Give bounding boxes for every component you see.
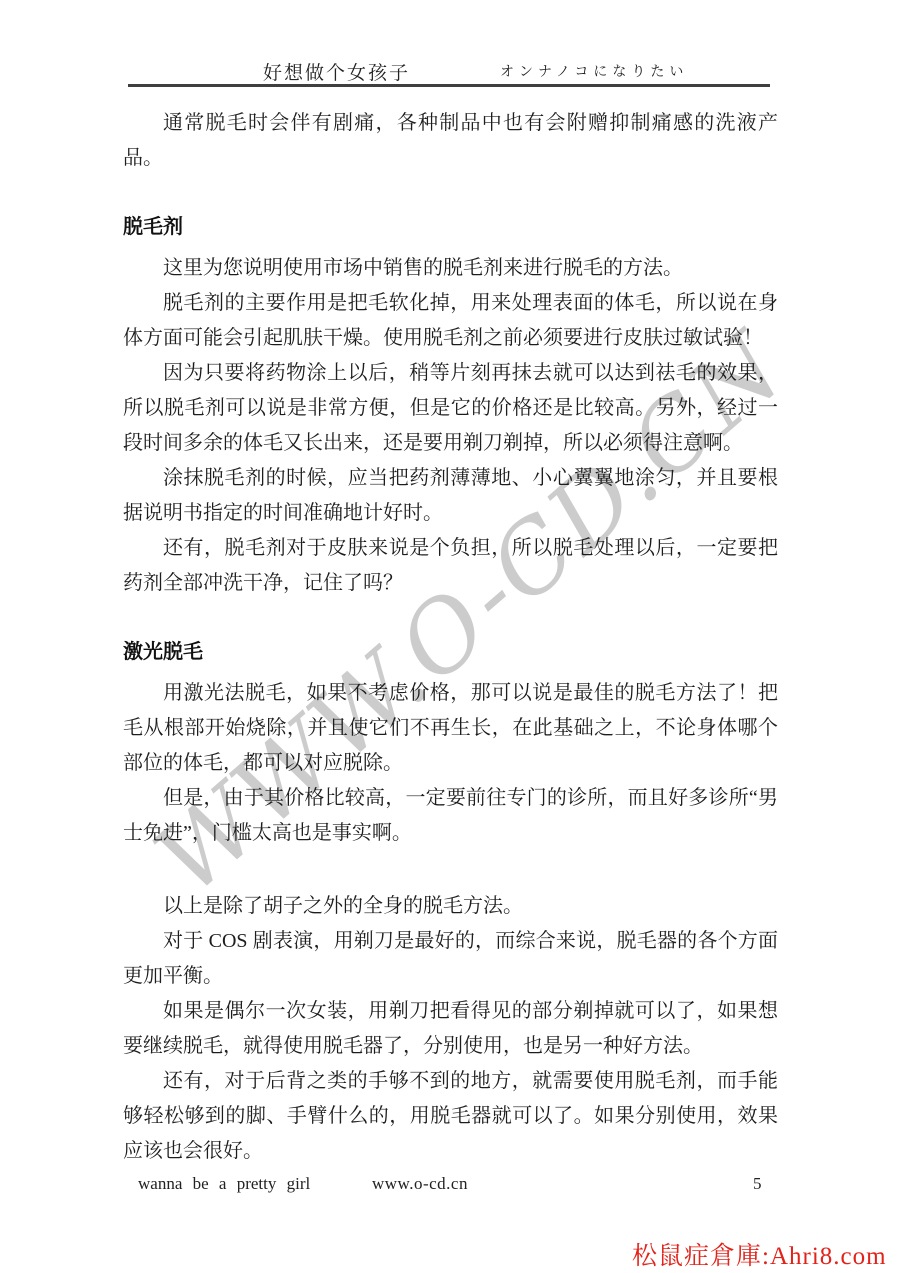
paragraph: 脱毛剂的主要作用是把毛软化掉，用来处理表面的体毛，所以说在身体方面可能会引起肌肤… — [123, 286, 778, 356]
header-rule — [128, 84, 770, 87]
paragraph: 以上是除了胡子之外的全身的脱毛方法。 — [123, 889, 778, 924]
footer-site-url: www.o-cd.cn — [372, 1174, 468, 1194]
footer-book-title: wanna be a pretty girl — [138, 1174, 310, 1194]
paragraph: 因为只要将药物涂上以后，稍等片刻再抹去就可以达到祛毛的效果，所以脱毛剂可以说是非… — [123, 356, 778, 461]
paragraph: 用激光法脱毛，如果不考虑价格，那可以说是最佳的脱毛方法了！把毛从根部开始烧除，并… — [123, 676, 778, 781]
footer-page-number: 5 — [753, 1174, 762, 1194]
section-heading-depilatory-cream: 脱毛剂 — [123, 213, 778, 241]
paragraph: 涂抹脱毛剂的时候，应当把药剂薄薄地、小心翼翼地涂匀，并且要根据说明书指定的时间准… — [123, 461, 778, 531]
paragraph: 如果是偶尔一次女装，用剃刀把看得见的部分剃掉就可以了，如果想要继续脱毛，就得使用… — [123, 994, 778, 1064]
closing-section: 以上是除了胡子之外的全身的脱毛方法。 对于 COS 剧表演，用剃刀是最好的，而综… — [123, 889, 778, 1169]
document-page: WWW.O-CD.CN 好想做个女孩子 オンナノコになりたい 通常脱毛时会伴有剧… — [0, 0, 900, 1273]
section-heading-laser-hair-removal: 激光脱毛 — [123, 638, 778, 666]
paragraph: 还有，脱毛剂对于皮肤来说是个负担，所以脱毛处理以后，一定要把药剂全部冲洗干净，记… — [123, 531, 778, 601]
paragraph: 对于 COS 剧表演，用剃刀是最好的，而综合来说，脱毛器的各个方面更加平衡。 — [123, 924, 778, 994]
header-title-japanese: オンナノコになりたい — [500, 61, 688, 81]
paragraph: 但是，由于其价格比较高，一定要前往专门的诊所，而且好多诊所“男士免进”，门槛太高… — [123, 781, 778, 851]
page-body: 通常脱毛时会伴有剧痛，各种制品中也有会附赠抑制痛感的洗液产品。 脱毛剂 这里为您… — [123, 106, 778, 1169]
header-title-chinese: 好想做个女孩子 — [263, 58, 410, 85]
paragraph: 这里为您说明使用市场中销售的脱毛剂来进行脱毛的方法。 — [123, 251, 778, 286]
archive-stamp: 松鼠症倉庫:Ahri8.com — [632, 1236, 887, 1272]
intro-paragraph: 通常脱毛时会伴有剧痛，各种制品中也有会附赠抑制痛感的洗液产品。 — [123, 106, 778, 176]
paragraph: 还有，对于后背之类的手够不到的地方，就需要使用脱毛剂，而手能够轻松够到的脚、手臂… — [123, 1064, 778, 1169]
